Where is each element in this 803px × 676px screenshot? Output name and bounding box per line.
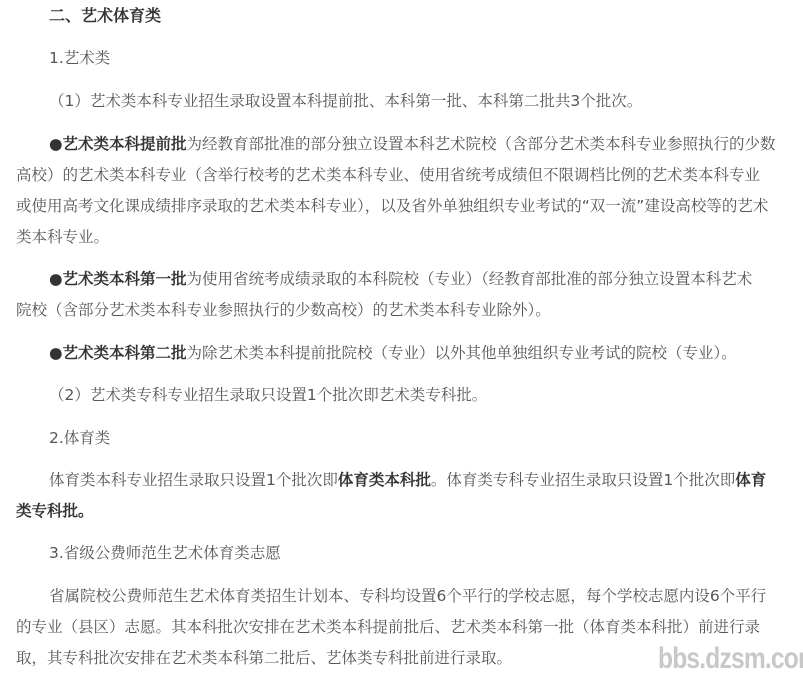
bullet-icon: ● (49, 270, 63, 288)
early-batch-line-3: 或使用高考文化课成绩排序录取的艺术类本科专业），以及省外单独组织专业考试的“双一… (16, 196, 768, 216)
sports-college-term: 体育 (735, 471, 766, 489)
art-paragraph-2: （2）艺术类专科专业招生录取只设置1个批次即艺术类专科批。 (49, 385, 487, 405)
normal-line-2: 的专业（县区）志愿。其本科批次安排在艺术类本科提前批后、艺术类本科第一批（体育类… (16, 617, 760, 637)
normal-line-1: 省属院校公费师范生艺术体育类招生计划本、专科均设置6个平行的学校志愿，每个学校志… (49, 586, 766, 606)
normal-subtitle: 3.省级公费师范生艺术体育类志愿 (49, 543, 281, 563)
first-batch-line-1: ●艺术类本科第一批为使用省统考成绩录取的本科院校（专业）（经教育部批准的部分独立… (49, 269, 752, 289)
watermark: bbs.dzsm.com (658, 642, 803, 676)
early-batch-term: 艺术类本科提前批 (63, 135, 187, 153)
early-batch-line-4: 类本科专业。 (16, 227, 109, 247)
sports-subtitle: 2.体育类 (49, 428, 110, 448)
bullet-icon: ● (49, 135, 63, 153)
second-batch-term: 艺术类本科第二批 (63, 344, 187, 362)
normal-line-3: 取，其专科批次安排在艺术类本科第二批后、艺体类专科批前进行录取。 (16, 648, 512, 668)
sports-line-1: 体育类本科专业招生录取只设置1个批次即体育类本科批。体育类专科专业招生录取只设置… (49, 470, 766, 490)
section-heading: 二、艺术体育类 (49, 6, 161, 26)
bullet-icon: ● (49, 344, 63, 362)
first-batch-line-2: 院校（含部分艺术类本科专业参照执行的少数高校）的艺术类本科专业除外）。 (16, 300, 551, 320)
art-paragraph-1: （1）艺术类本科专业招生录取设置本科提前批、本科第一批、本科第二批共3个批次。 (49, 91, 642, 111)
second-batch-line-1: ●艺术类本科第二批为除艺术类本科提前批院校（专业）以外其他单独组织专业考试的院校… (49, 343, 737, 363)
first-batch-term: 艺术类本科第一批 (63, 270, 187, 288)
sports-undergrad-term: 体育类本科批 (338, 471, 431, 489)
art-subtitle: 1.艺术类 (49, 48, 110, 68)
sports-line-2: 类专科批。 (16, 501, 94, 521)
early-batch-line-2: 高校）的艺术类本科专业（含举行校考的艺术类本科专业、使用省统考成绩但不限调档比例… (16, 165, 760, 185)
early-batch-line-1: ●艺术类本科提前批为经教育部批准的部分独立设置本科艺术院校（含部分艺术类本科专业… (49, 134, 776, 154)
